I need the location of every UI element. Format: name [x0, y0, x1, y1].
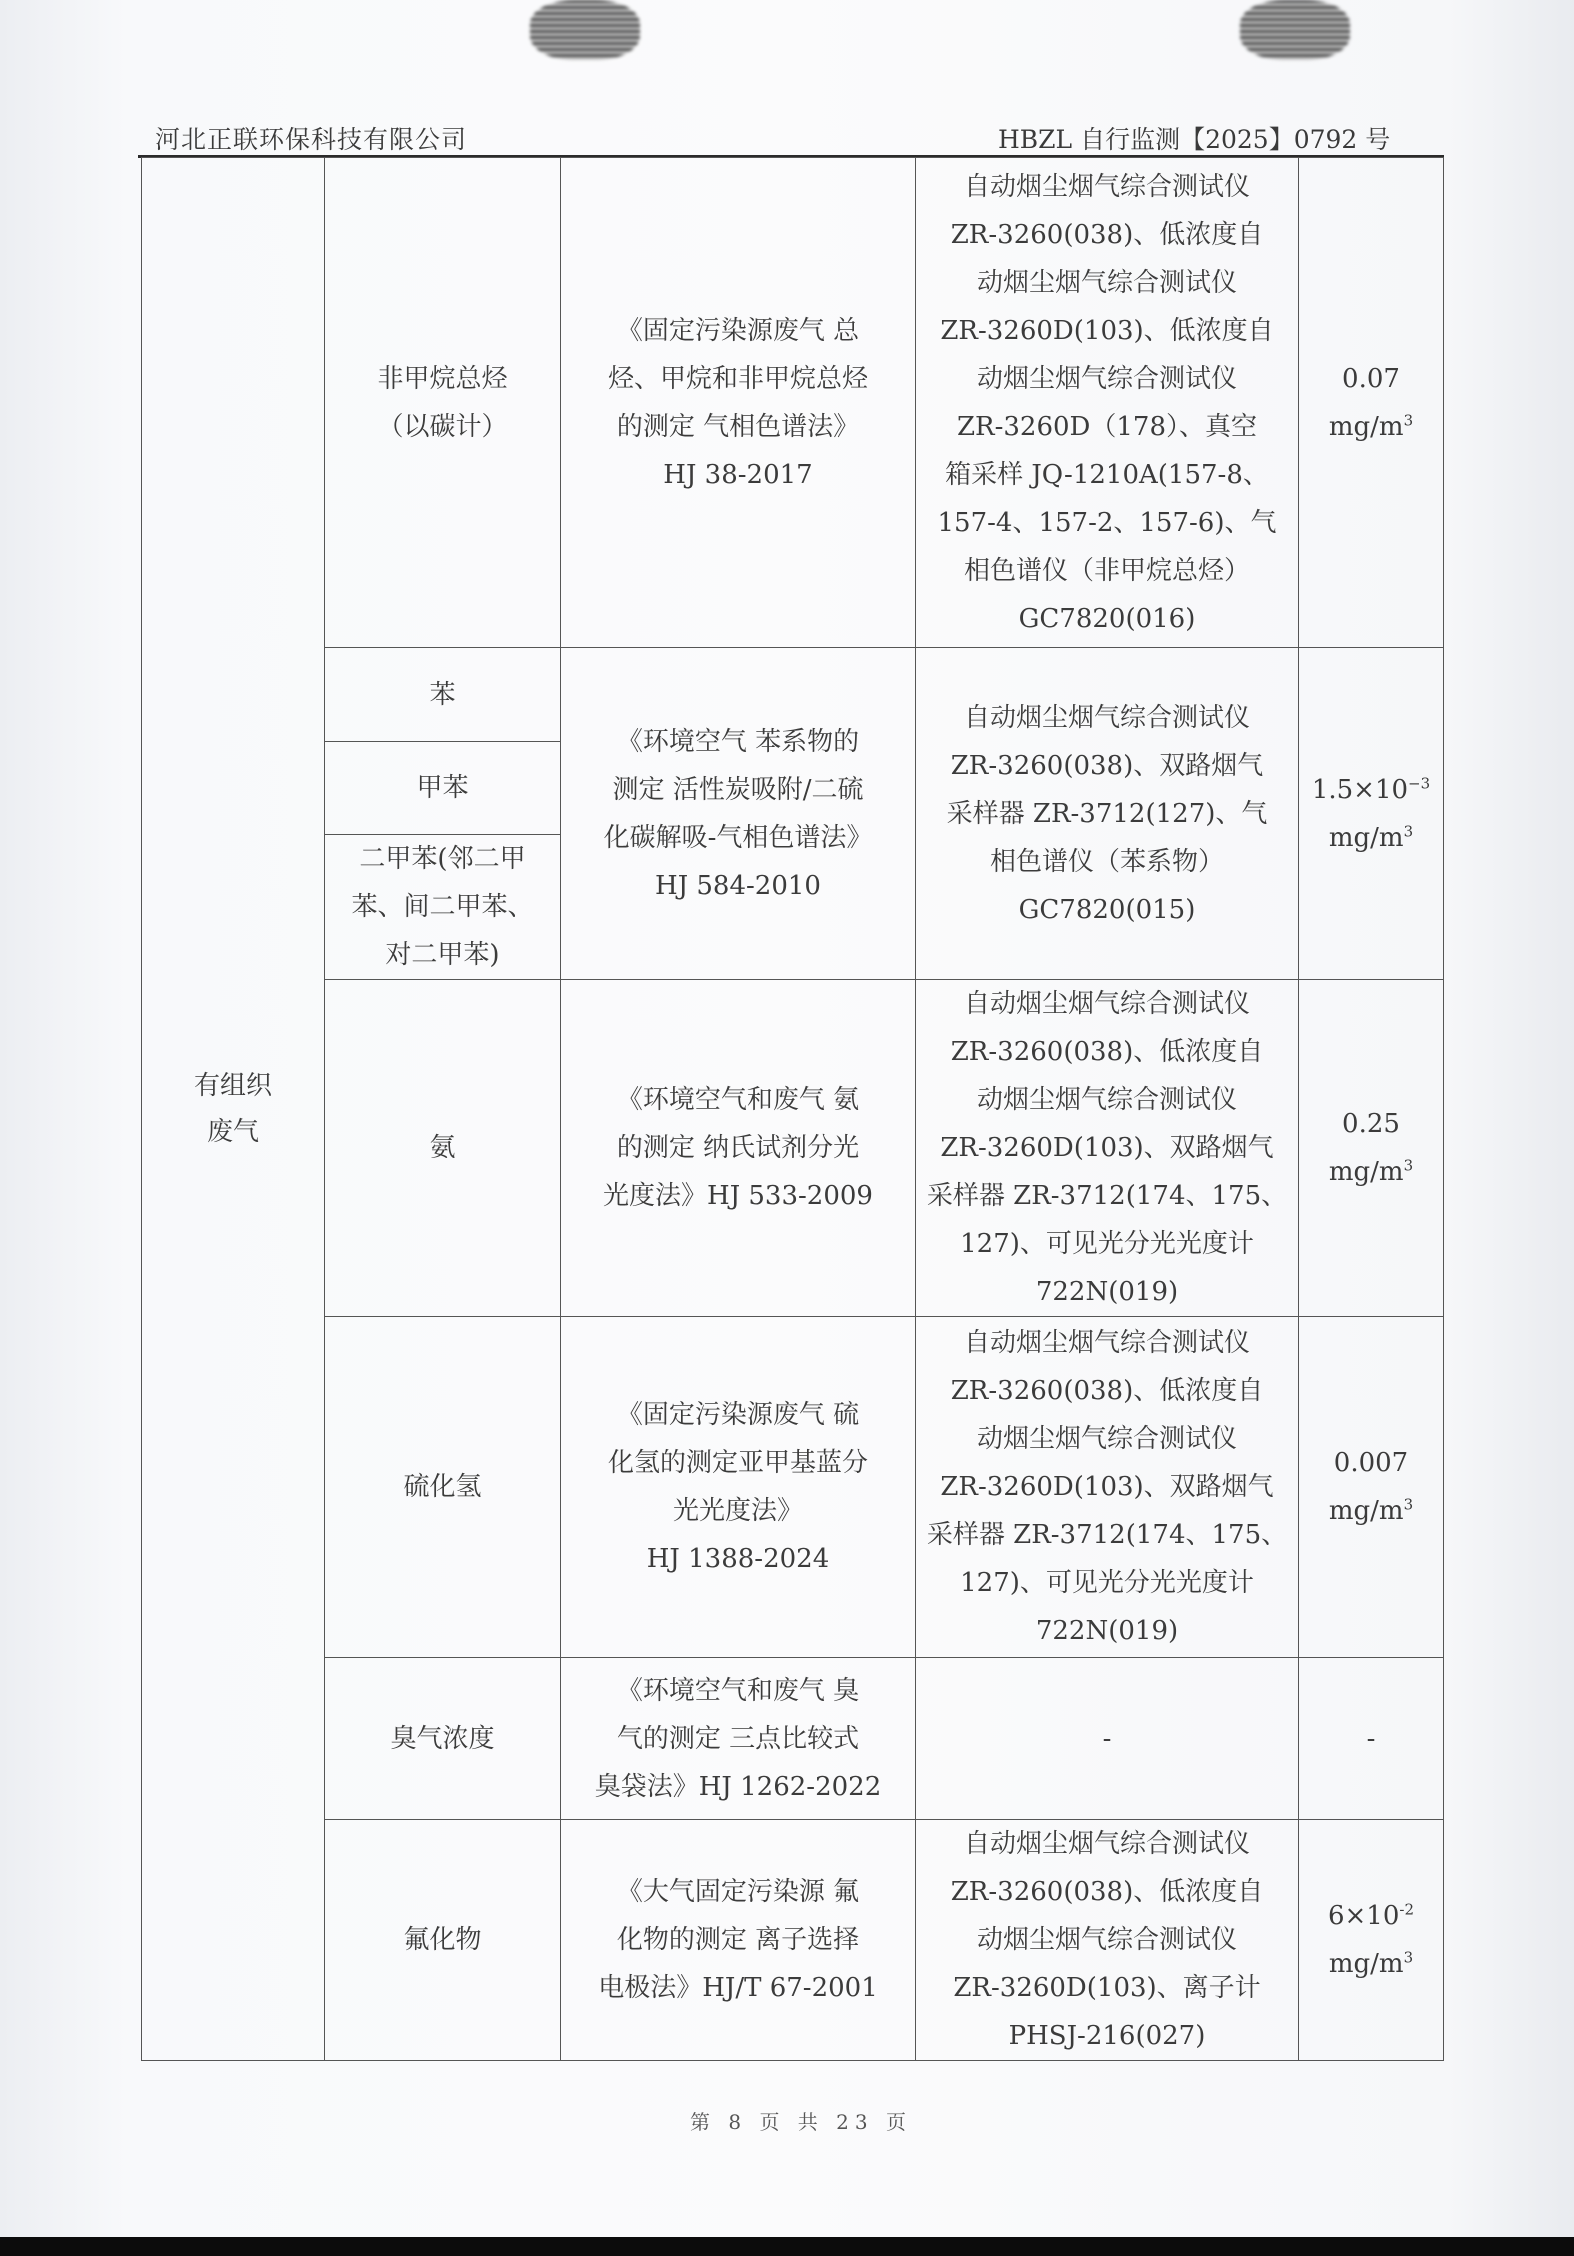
table-row: 硫化氢 《固定污染源废气 硫化氢的测定亚甲基蓝分光光度法》HJ 1388-202… — [142, 1317, 1444, 1658]
detection-limit-cell: 1.5×10−3 mg/m3 — [1299, 648, 1444, 980]
report-number: HBZL 自行监测【2025】0792 号 — [998, 120, 1390, 156]
page-number: 第 8 页 共 23 页 — [690, 2106, 912, 2135]
detection-limit-cell: - — [1299, 1658, 1444, 1820]
detection-limit-cell: 0.007 mg/m3 — [1299, 1317, 1444, 1658]
item-cell: 二甲苯(邻二甲苯、间二甲苯、对二甲苯) — [325, 835, 561, 980]
item-cell: 苯 — [325, 648, 561, 742]
seal-stamp-mark — [1240, 0, 1350, 60]
item-cell: 氟化物 — [325, 1820, 561, 2061]
table-row: 臭气浓度 《环境空气和废气 臭气的测定 三点比较式臭袋法》HJ 1262-202… — [142, 1658, 1444, 1820]
monitoring-methods-table: 有组织废气 非甲烷总烃 （以碳计） 《固定污染源废气 总烃、甲烷和非甲烷总烃的测… — [141, 157, 1444, 2061]
equipment-cell: - — [916, 1658, 1299, 1820]
detection-limit-cell: 0.07 mg/m3 — [1299, 158, 1444, 648]
item-cell: 氨 — [325, 980, 561, 1317]
item-cell: 臭气浓度 — [325, 1658, 561, 1820]
method-cell: 《环境空气 苯系物的测定 活性炭吸附/二硫化碳解吸-气相色谱法》HJ 584-2… — [561, 648, 916, 980]
method-cell: 《固定污染源废气 总烃、甲烷和非甲烷总烃的测定 气相色谱法》HJ 38-2017 — [561, 158, 916, 648]
category-cell: 有组织废气 — [142, 158, 325, 2061]
equipment-cell: 自动烟尘烟气综合测试仪ZR-3260(038)、低浓度自动烟尘烟气综合测试仪ZR… — [916, 1820, 1299, 2061]
method-cell: 《环境空气和废气 臭气的测定 三点比较式臭袋法》HJ 1262-2022 — [561, 1658, 916, 1820]
detection-limit-cell: 0.25 mg/m3 — [1299, 980, 1444, 1317]
company-name: 河北正联环保科技有限公司 — [155, 120, 467, 156]
item-cell: 硫化氢 — [325, 1317, 561, 1658]
table-row: 苯 《环境空气 苯系物的测定 活性炭吸附/二硫化碳解吸-气相色谱法》HJ 584… — [142, 648, 1444, 742]
table-row: 有组织废气 非甲烷总烃 （以碳计） 《固定污染源废气 总烃、甲烷和非甲烷总烃的测… — [142, 158, 1444, 648]
equipment-cell: 自动烟尘烟气综合测试仪ZR-3260(038)、低浓度自动烟尘烟气综合测试仪ZR… — [916, 980, 1299, 1317]
item-cell: 非甲烷总烃 （以碳计） — [325, 158, 561, 648]
detection-limit-cell: 6×10-2 mg/m3 — [1299, 1820, 1444, 2061]
scan-edge — [0, 2237, 1574, 2256]
method-cell: 《环境空气和废气 氨的测定 纳氏试剂分光光度法》HJ 533-2009 — [561, 980, 916, 1317]
table-row: 氟化物 《大气固定污染源 氟化物的测定 离子选择电极法》HJ/T 67-2001… — [142, 1820, 1444, 2061]
method-cell: 《固定污染源废气 硫化氢的测定亚甲基蓝分光光度法》HJ 1388-2024 — [561, 1317, 916, 1658]
seal-stamp-mark — [530, 0, 640, 60]
method-cell: 《大气固定污染源 氟化物的测定 离子选择电极法》HJ/T 67-2001 — [561, 1820, 916, 2061]
item-cell: 甲苯 — [325, 742, 561, 835]
document-page: 河北正联环保科技有限公司 HBZL 自行监测【2025】0792 号 有组织废气… — [0, 0, 1574, 2237]
equipment-cell: 自动烟尘烟气综合测试仪ZR-3260(038)、低浓度自动烟尘烟气综合测试仪ZR… — [916, 1317, 1299, 1658]
equipment-cell: 自动烟尘烟气综合测试仪ZR-3260(038)、双路烟气采样器 ZR-3712(… — [916, 648, 1299, 980]
equipment-cell: 自动烟尘烟气综合测试仪ZR-3260(038)、低浓度自动烟尘烟气综合测试仪ZR… — [916, 158, 1299, 648]
table-row: 氨 《环境空气和废气 氨的测定 纳氏试剂分光光度法》HJ 533-2009 自动… — [142, 980, 1444, 1317]
